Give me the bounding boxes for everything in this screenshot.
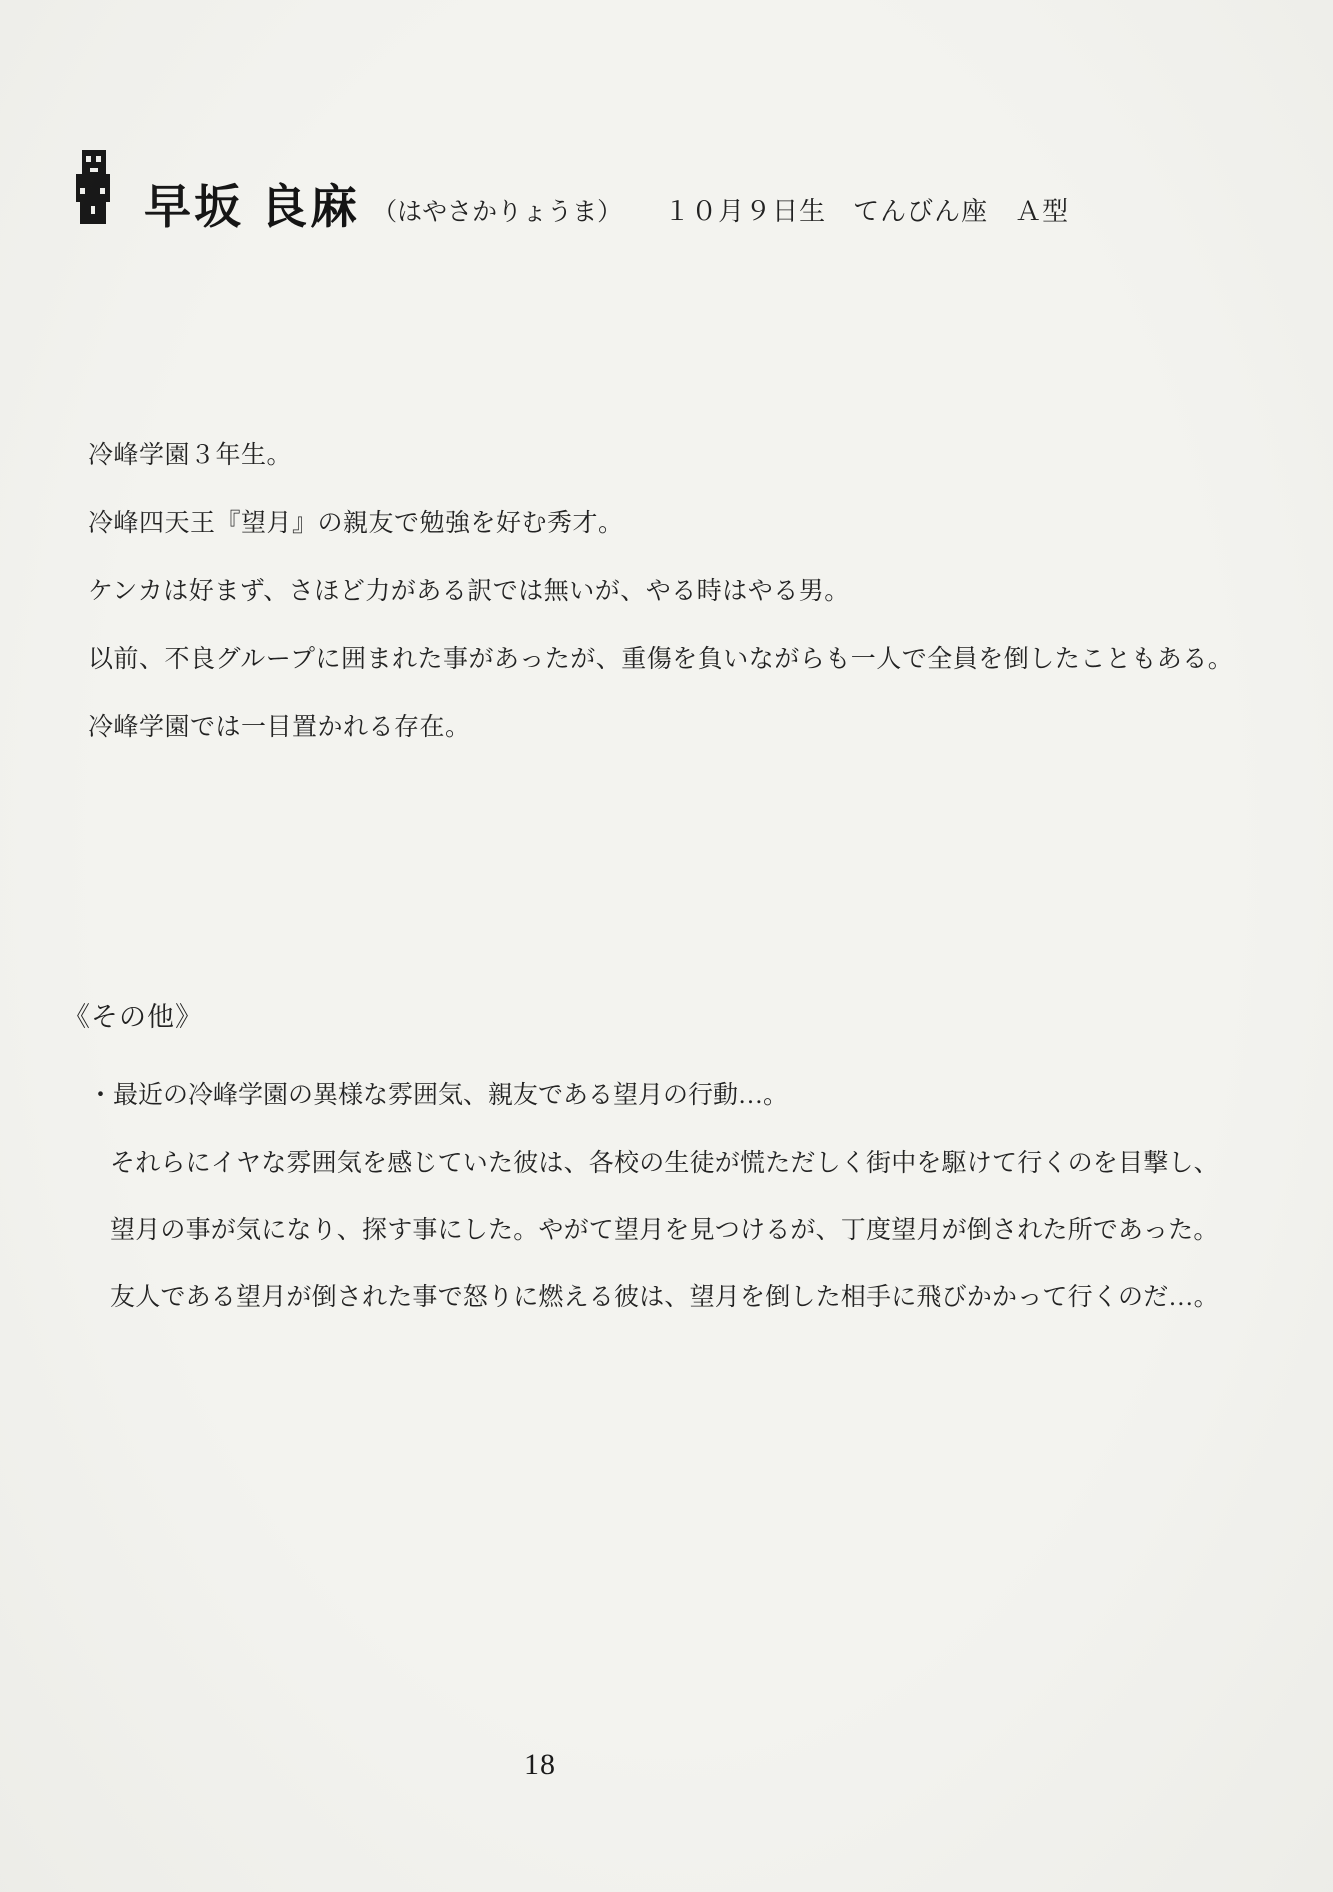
character-profile-text: 冷峰学園３年生。 冷峰四天王『望月』の親友で勉強を好む秀才。 ケンカは好まず、さ… [88, 442, 1268, 782]
other-bullet-line: ・最近の冷峰学園の異様な雰囲気、親友である望月の行動…。 [88, 1082, 1273, 1110]
scanned-document-page: 早坂 良麻 （はやさかりょうま） １０月９日生 てんびん座 Ａ型 冷峰学園３年生… [0, 0, 1333, 1892]
profile-line: ケンカは好まず、さほど力がある訳では無いが、やる時はやる男。 [88, 578, 1268, 606]
profile-line: 冷峰学園３年生。 [88, 442, 1268, 470]
character-header: 早坂 良麻 （はやさかりょうま） １０月９日生 てんびん座 Ａ型 [72, 148, 1069, 230]
other-text-line: 望月の事が気になり、探す事にした。やがて望月を見つけるが、丁度望月が倒された所で… [110, 1217, 1273, 1245]
other-text-line: 友人である望月が倒された事で怒りに燃える彼は、望月を倒した相手に飛びかかって行く… [110, 1284, 1273, 1312]
pixel-character-sprite-icon [72, 148, 116, 228]
character-birth-info: １０月９日生 てんびん座 Ａ型 [664, 191, 1069, 228]
profile-line: 冷峰四天王『望月』の親友で勉強を好む秀才。 [88, 510, 1268, 538]
other-section: 《その他》 ・最近の冷峰学園の異様な雰囲気、親友である望月の行動…。 それらにイ… [63, 995, 1273, 1351]
other-text-line: それらにイヤな雰囲気を感じていた彼は、各校の生徒が慌ただしく街中を駆けて行くのを… [110, 1150, 1273, 1178]
profile-line: 以前、不良グループに囲まれた事があったが、重傷を負いながらも一人で全員を倒したこ… [88, 646, 1268, 674]
page-number: 18 [500, 1748, 580, 1782]
profile-line: 冷峰学園では一目置かれる存在。 [88, 714, 1268, 742]
character-name-furigana: （はやさかりょうま） [372, 192, 622, 228]
other-section-heading: 《その他》 [63, 995, 1273, 1034]
character-name: 早坂 良麻 [144, 183, 360, 230]
